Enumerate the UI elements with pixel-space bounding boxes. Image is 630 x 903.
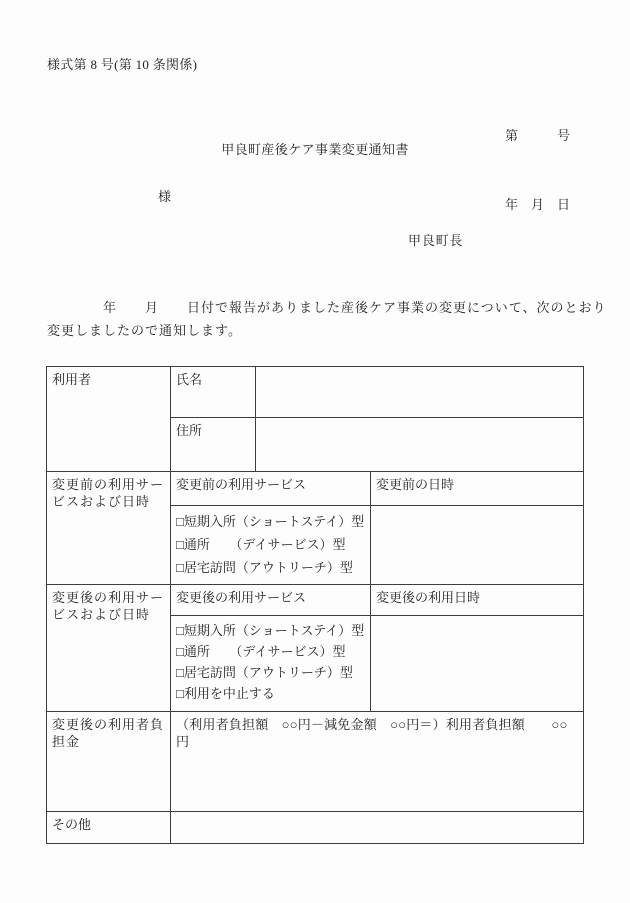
name-value-cell[interactable] [256,367,584,418]
burden-content: （利用者負担額 ○○円－減免金額 ○○円＝）利用者負担額 ○○ 円 [171,712,584,812]
checkbox-option-cancel-use[interactable]: □利用を中止する [176,683,365,704]
before-datetime-value-cell[interactable] [371,506,584,585]
after-service-options: □短期入所（ショートステイ）型 □通所 （デイサービス）型 □居宅訪問（アウトリ… [171,616,371,712]
checkbox-option-day-service[interactable]: □通所 （デイサービス）型 [176,533,365,556]
burden-section-label: 変更後の利用者負 担金 [47,712,171,812]
document-number-block: 第 号 年 月 日 [505,78,570,262]
table-row: 変更後の利用サー ビスおよび日時 変更後の利用サービス 変更後の利用日時 [47,585,584,616]
table-row: 利用者 氏名 [47,367,584,418]
name-label: 氏名 [171,367,256,418]
sender-name: 甲良町長 [408,233,463,248]
checkbox-option-outreach[interactable]: □居宅訪問（アウトリーチ）型 [176,556,365,579]
date-line: 年 月 日 [505,193,570,216]
checkbox-option-short-stay[interactable]: □短期入所（ショートステイ）型 [176,510,365,533]
form-number: 様式第 8 号(第 10 条関係) [47,57,197,72]
after-section-label: 変更後の利用サー ビスおよび日時 [47,585,171,712]
table-row: 変更後の利用者負 担金 （利用者負担額 ○○円－減免金額 ○○円＝）利用者負担額… [47,712,584,812]
address-label: 住所 [171,418,256,472]
before-datetime-header: 変更前の日時 [371,472,584,506]
before-service-options: □短期入所（ショートステイ）型 □通所 （デイサービス）型 □居宅訪問（アウトリ… [171,506,371,585]
after-service-header: 変更後の利用サービス [171,585,371,616]
other-section-label: その他 [47,812,171,844]
user-section-label: 利用者 [47,367,171,472]
after-datetime-value-cell[interactable] [371,616,584,712]
other-value-cell[interactable] [171,812,584,844]
checkbox-option-short-stay[interactable]: □短期入所（ショートステイ）型 [176,620,365,641]
checkbox-option-day-service[interactable]: □通所 （デイサービス）型 [176,641,365,662]
after-datetime-header: 変更後の利用日時 [371,585,584,616]
checkbox-option-outreach[interactable]: □居宅訪問（アウトリーチ）型 [176,662,365,683]
body-paragraph: 年 月 日付で報告がありました産後ケア事業の変更について、次のとおり 変更しまし… [47,296,587,342]
form-table: 利用者 氏名 住所 変更前の利用サー ビスおよび日時 変更前の利用サービス 変更… [46,366,584,844]
table-row: その他 [47,812,584,844]
document-page: 様式第 8 号(第 10 条関係) 第 号 年 月 日 甲良町産後ケア事業変更通… [0,0,630,903]
addressee-honorific: 様 [158,189,171,204]
address-value-cell[interactable] [256,418,584,472]
before-section-label: 変更前の利用サー ビスおよび日時 [47,472,171,585]
page-title: 甲良町産後ケア事業変更通知書 [0,142,630,157]
before-service-header: 変更前の利用サービス [171,472,371,506]
table-row: 変更前の利用サー ビスおよび日時 変更前の利用サービス 変更前の日時 [47,472,584,506]
